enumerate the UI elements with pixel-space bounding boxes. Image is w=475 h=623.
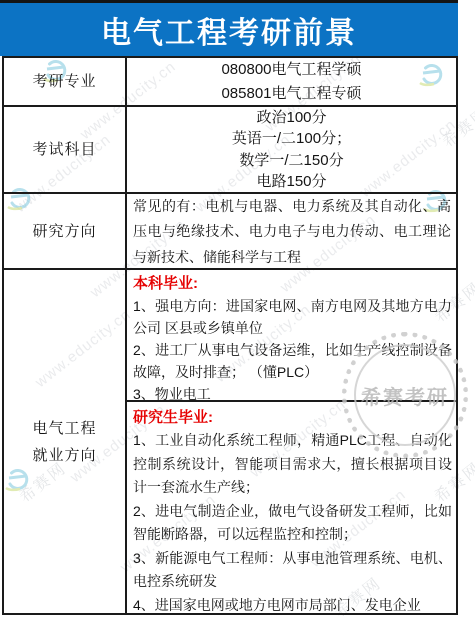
table-row-employment: 电气工程 就业方向 本科毕业: 1、强电方向：进国家电网、南方电网及其地方电力公… — [4, 270, 456, 613]
undergrad-section: 本科毕业: 1、强电方向：进国家电网、南方电网及其地方电力公司 区县或乡镇单位 … — [127, 270, 456, 402]
major-line: 080800电气工程学硕 — [221, 58, 361, 82]
grad-item: 4、进国家电网或地方电网市局部门、发电企业 — [133, 594, 452, 618]
row-label-text: 电气工程 — [32, 415, 96, 442]
subject-line: 英语一/二100分； — [232, 128, 351, 150]
grad-section: 研究生毕业: 1、工业自动化系统工程师，精通PLC工程、自动化控制系统设计，智能… — [127, 402, 456, 617]
table-row-research: 研究方向 常见的有：电机与电器、电力系统及其自动化、高压电与绝缘技术、电力电子与… — [4, 194, 456, 270]
undergrad-heading: 本科毕业: — [133, 273, 452, 295]
row-label-research: 研究方向 — [4, 194, 127, 268]
undergrad-item: 2、进工厂从事电气设备运维，比如生产线控制设备故障，及时排查； （懂PLC） — [133, 339, 452, 383]
row-value-subjects: 政治100分 英语一/二100分； 数学一/二150分 电路150分 — [127, 107, 456, 192]
grad-item: 2、进电气制造企业，做电气设备研发工程师，比如智能断路器，可以远程监控和控制； — [133, 500, 452, 547]
row-value-research: 常见的有：电机与电器、电力系统及其自动化、高压电与绝缘技术、电力电子与电力传动、… — [127, 194, 456, 268]
row-label-major: 考研专业 — [4, 58, 127, 105]
subject-line: 政治100分 — [256, 107, 326, 129]
table-row-major: 考研专业 080800电气工程学硕 085801电气工程专硕 — [4, 58, 456, 107]
row-label-subjects: 考试科目 — [4, 107, 127, 192]
research-directions-text: 常见的有：电机与电器、电力系统及其自动化、高压电与绝缘技术、电力电子与电力传动、… — [127, 192, 456, 270]
row-label-employment: 电气工程 就业方向 — [4, 270, 127, 613]
subject-line: 数学一/二150分 — [239, 150, 343, 172]
major-line: 085801电气工程专硕 — [221, 82, 361, 106]
row-label-text: 研究方向 — [32, 218, 96, 245]
grad-item: 3、新能源电气工程师：从事电池管理系统、电机、电控系统研发 — [133, 547, 452, 594]
undergrad-item: 1、强电方向：进国家电网、南方电网及其地方电力公司 区县或乡镇单位 — [133, 295, 452, 339]
table-row-subjects: 考试科目 政治100分 英语一/二100分； 数学一/二150分 电路150分 — [4, 107, 456, 194]
row-label-text: 考试科目 — [32, 136, 96, 163]
employment-content: 本科毕业: 1、强电方向：进国家电网、南方电网及其地方电力公司 区县或乡镇单位 … — [127, 270, 456, 613]
row-label-text: 就业方向 — [32, 442, 96, 469]
info-table: 考研专业 080800电气工程学硕 085801电气工程专硕 考试科目 政治10… — [2, 56, 458, 615]
infographic-page: www.educity.cn www.educity.cn www.educit… — [0, 0, 475, 623]
grad-heading: 研究生毕业: — [133, 407, 452, 429]
row-label-text: 考研专业 — [32, 68, 96, 95]
grad-item: 1、工业自动化系统工程师，精通PLC工程、自动化控制系统设计，智能项目需求大，擅… — [133, 429, 452, 500]
header-banner: 电气工程考研前景 — [0, 0, 458, 56]
row-value-major: 080800电气工程学硕 085801电气工程专硕 — [127, 58, 456, 105]
page-title: 电气工程考研前景 — [101, 8, 357, 52]
subject-line: 电路150分 — [256, 171, 326, 193]
